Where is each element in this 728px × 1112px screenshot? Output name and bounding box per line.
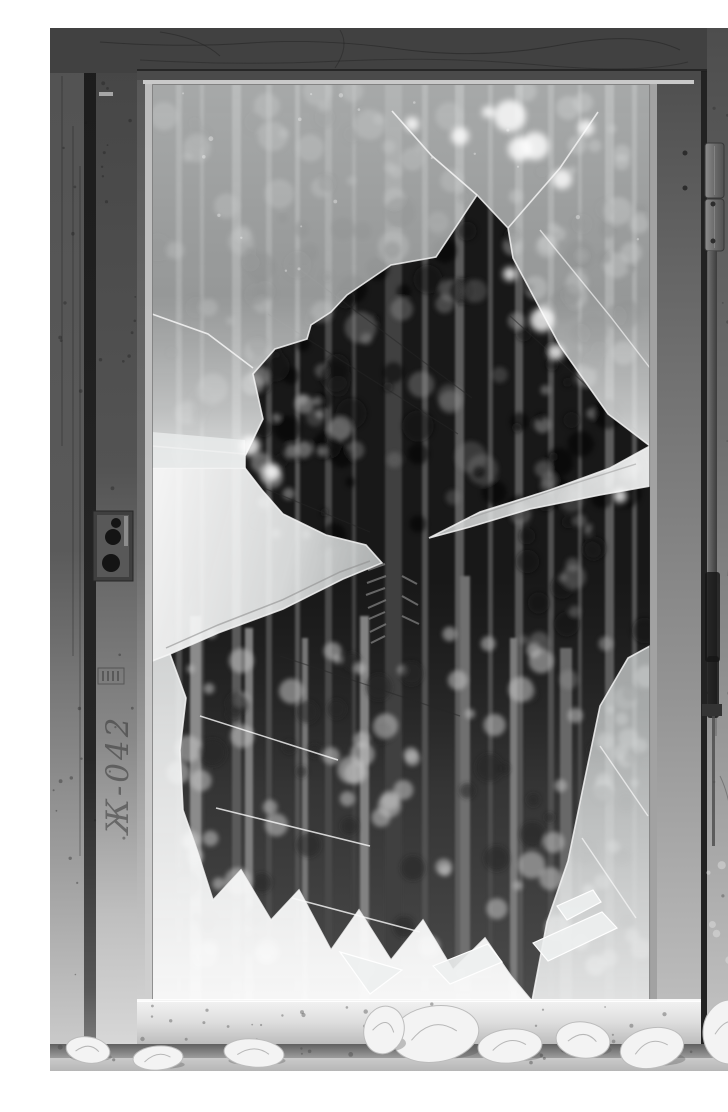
photo-svg: Ж-042: [40, 16, 728, 1096]
beading-top: [143, 80, 694, 84]
screw: [683, 151, 688, 156]
graffiti-text: Ж-042: [100, 715, 136, 836]
photograph: Ж-042 Black-and-white photograph of a sh…: [40, 16, 728, 1096]
screw: [711, 202, 716, 207]
screw: [711, 239, 716, 244]
outer-casing-left: [50, 28, 84, 1071]
screw: [683, 186, 688, 191]
strike-plate: [93, 511, 133, 581]
paint-chip: [99, 92, 113, 96]
casing-top: [50, 28, 728, 73]
beading-left: [145, 84, 152, 1001]
sash-right-stile: [657, 71, 701, 1044]
sash-top-rail: [137, 71, 701, 80]
beading-right: [650, 84, 657, 1001]
rail-highlight: [137, 999, 701, 1002]
